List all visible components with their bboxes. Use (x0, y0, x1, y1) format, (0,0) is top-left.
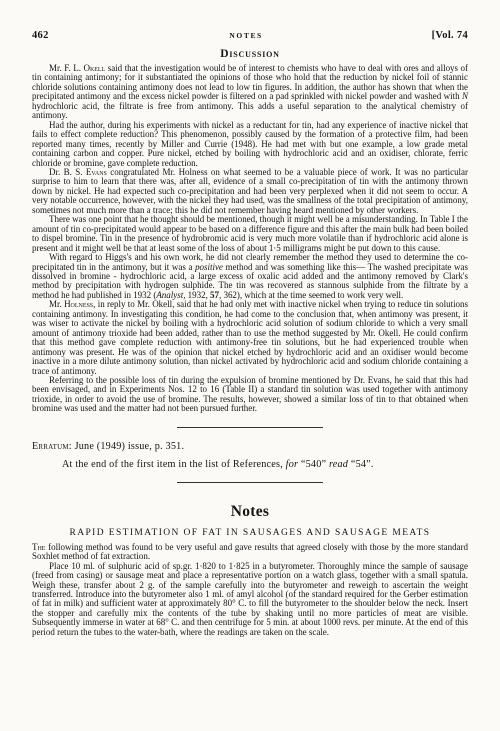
erratum-correction-line: At the end of the first item in the list… (32, 458, 468, 471)
text-run: Had the author, during his experiments w… (32, 120, 468, 168)
erratum-line: Erratum: June (1949) issue, p. 351. (32, 440, 468, 453)
text-run: read (329, 459, 348, 470)
text-run: for (286, 459, 299, 470)
discussion-paragraphs: Mr. F. L. Okell said that the investigat… (32, 64, 468, 414)
notes-paragraphs: The following method was found to be ver… (32, 543, 468, 638)
text-run: Place 10 ml. of sulphuric acid of sp.gr.… (32, 561, 468, 637)
notes-section-heading: Notes (32, 503, 468, 521)
text-run: Referring to the possible loss of tin du… (32, 375, 468, 413)
article-title: RAPID ESTIMATION OF FAT IN SAUSAGES AND … (32, 528, 468, 538)
journal-page: 462 NOTES [Vol. 74 Discussion Mr. F. L. … (0, 0, 500, 731)
text-run: “54”. (348, 459, 374, 470)
text-run: hydrochloric acid, the filtrate is free … (32, 101, 468, 120)
text-run: Erratum (32, 441, 69, 452)
paragraph: Mr. Holness, in reply to Mr. Okell, said… (32, 300, 468, 376)
paragraph: There was one point that he thought shou… (32, 215, 468, 253)
text-run: , in reply to Mr. Okell, said that he ha… (32, 299, 468, 375)
paragraph: Referring to the possible loss of tin du… (32, 376, 468, 414)
text-run: “540” (298, 459, 329, 470)
discussion-heading: Discussion (32, 48, 468, 60)
paragraph: The following method was found to be ver… (32, 543, 468, 562)
paragraph: Had the author, during his experiments w… (32, 121, 468, 168)
text-run: There was one point that he thought shou… (32, 214, 468, 252)
page-header: 462 NOTES [Vol. 74 (32, 30, 468, 41)
paragraph: Dr. B. S. Evans congratulated Mr. Holnes… (32, 168, 468, 215)
volume-label: [Vol. 74 (432, 30, 468, 41)
paragraph: With regard to Higgs's and his own work,… (32, 253, 468, 300)
divider-rule-bottom (177, 482, 323, 483)
page-number: 462 (32, 30, 49, 41)
running-title: NOTES (229, 31, 262, 40)
divider-rule-top (177, 427, 323, 428)
paragraph: Mr. F. L. Okell said that the investigat… (32, 64, 468, 121)
text-run: At the end of the first item in the list… (62, 459, 286, 470)
text-run: following method was found to be very us… (32, 542, 468, 561)
text-run: : June (1949) issue, p. 351. (69, 441, 184, 452)
paragraph: Place 10 ml. of sulphuric acid of sp.gr.… (32, 562, 468, 638)
